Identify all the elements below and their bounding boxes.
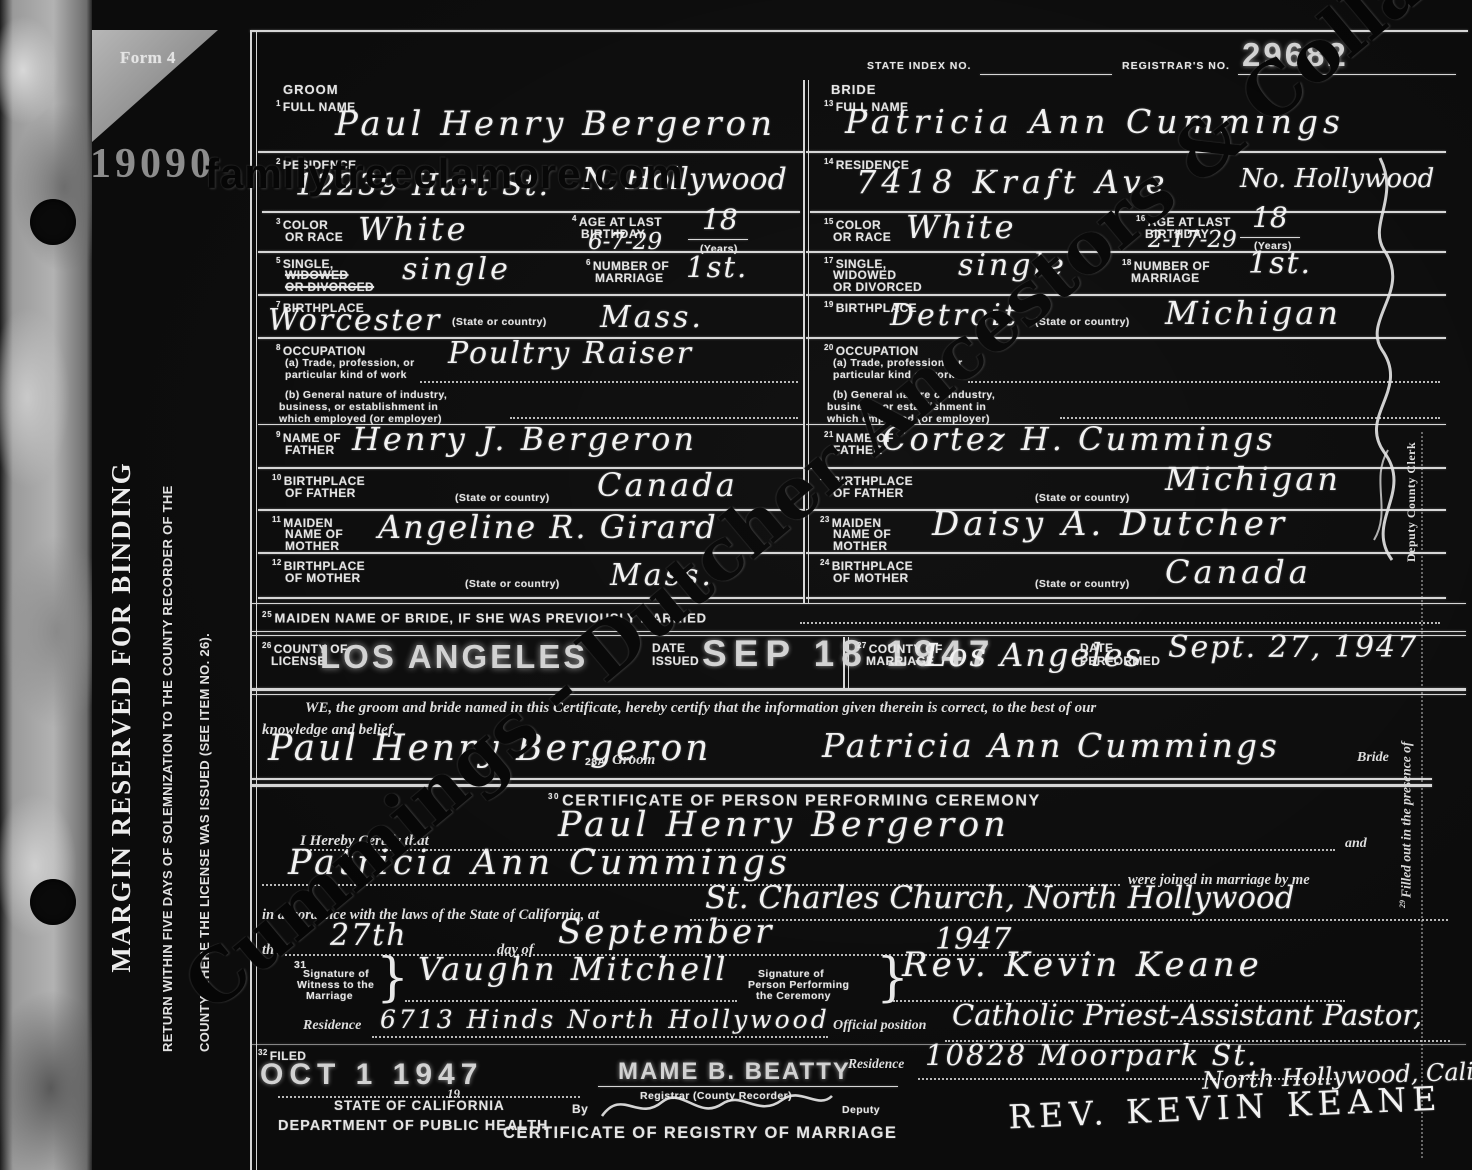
file-number-stamp: 19090 (90, 140, 215, 188)
form-number: Form 4 (120, 48, 176, 68)
ceremony-groom-name: Paul Henry Bergeron (558, 805, 1010, 845)
rule (258, 294, 803, 296)
dotted-rule (690, 919, 1448, 921)
groom-occupation-label: 8OCCUPATION (276, 343, 366, 358)
performer-label3: the Ceremony (756, 990, 831, 1002)
rule (806, 294, 1446, 296)
rule (806, 552, 1446, 554)
groom-occupation-b2: business, or establishment in (279, 401, 438, 413)
bride-section-header: BRIDE (831, 82, 876, 97)
rule (252, 1044, 1466, 1045)
dotted-rule (800, 622, 1440, 624)
marriage-date-value: Sept. 27, 1947 (1168, 630, 1418, 665)
witness-label3: Marriage (306, 990, 353, 1002)
margin-return-text-1: RETURN WITHIN FIVE DAYS OF SOLEMNIZATION… (160, 180, 175, 1052)
groom-color-label2: OR RACE (285, 230, 343, 244)
rule (688, 239, 748, 240)
rule (252, 688, 1466, 691)
registrar-residence-label: Residence (848, 1056, 904, 1072)
rule (252, 694, 1466, 695)
ceremony-month-value: September (558, 912, 774, 952)
dotted-rule (372, 1036, 828, 1038)
bride-age-value: 18 (1252, 201, 1288, 234)
bride-mother-label3: MOTHER (833, 539, 887, 553)
bride-color-value: White (906, 208, 1017, 246)
bride-mother-bp-value: Canada (1165, 553, 1312, 591)
groom-signature-tag: Groom (612, 752, 655, 769)
groom-father-label2: FATHER (285, 443, 335, 457)
rule (1240, 237, 1300, 238)
certify-line1: WE, the groom and bride named in this Ce… (305, 700, 1096, 717)
witness-residence-value: 6713 Hinds North Hollywood (380, 1005, 830, 1034)
groom-occupation-value: Poultry Raiser (448, 336, 693, 371)
rule (252, 603, 1466, 604)
bride-birthplace-state-value: Michigan (1165, 294, 1341, 332)
bride-marriage-no-label2: MARRIAGE (1131, 271, 1200, 285)
rule (806, 597, 1446, 599)
groom-signature-tag-num: 28A (585, 756, 605, 768)
dotted-rule (510, 417, 798, 419)
groom-father-bp-value: Canada (597, 466, 738, 504)
state-index-label: STATE INDEX NO. (867, 60, 971, 72)
dotted-rule (420, 381, 798, 383)
performer-position-value: Catholic Priest-Assistant Pastor, (952, 998, 1422, 1032)
punch-hole-top (30, 199, 76, 245)
registrar-deputy-label: Deputy (842, 1104, 880, 1116)
groom-mother-bp-label2: OF MOTHER (285, 571, 361, 585)
groom-marriage-no-label2: MARRIAGE (595, 271, 664, 285)
certificate-scan: Form 4 19090 MARGIN RESERVED FOR BINDING… (0, 0, 1472, 1170)
marriage-date-label2: PERFORMED (1080, 654, 1160, 668)
performer-position-label: Official position (833, 1018, 926, 1034)
deputy-signature (594, 1080, 839, 1126)
groom-mother-bp-state-label: (State or country) (465, 578, 560, 590)
groom-marriage-no-value: 1st. (686, 250, 748, 284)
groom-father-bp-label2: OF FATHER (285, 486, 356, 500)
deputy-county-clerk-label: Deputy County Clerk (1404, 262, 1419, 562)
torn-corner (92, 30, 218, 142)
bride-father-bp-value: Michigan (1165, 460, 1341, 498)
rule (806, 337, 1446, 339)
footer-state-line1: STATE OF CALIFORNIA (334, 1098, 505, 1113)
witness-value: Vaughn Mitchell (418, 950, 729, 988)
marriage-date-label: DATE (1080, 641, 1113, 655)
bride-marriage-no-value: 1st. (1248, 246, 1312, 281)
margin-binding-text: MARGIN RESERVED FOR BINDING (106, 356, 137, 1078)
binding-edge-texture (0, 0, 92, 1170)
groom-full-name-value: Paul Henry Bergeron (335, 104, 776, 144)
rule (806, 467, 1446, 469)
witness-brace: } (376, 952, 409, 1004)
rule (806, 151, 1446, 153)
bride-color-label2: OR RACE (833, 230, 891, 244)
bride-divorced-label: OR DIVORCED (833, 280, 922, 294)
bride-mother-bp-state-label: (State or country) (1035, 578, 1130, 590)
officiant-printed-name: REV. KEVIN KEANE (1007, 1079, 1443, 1137)
registrar-by-label: By (572, 1102, 588, 1116)
bride-signature: Patricia Ann Cummings (822, 726, 1280, 765)
groom-birthdate-value: 6-7-29 (588, 229, 662, 255)
groom-father-value: Henry J. Bergeron (352, 420, 697, 458)
presence-label: 29Filled out in the presence of (1398, 648, 1415, 908)
footer-registry-title: CERTIFICATE OF REGISTRY OF MARRIAGE (503, 1124, 897, 1143)
groom-birthplace-state-label: (State or country) (452, 316, 547, 328)
groom-birthplace-value: Worcester (268, 303, 441, 338)
groom-occupation-b1: (b) General nature of industry, (285, 389, 447, 401)
witness-residence-label: Residence (303, 1018, 361, 1034)
bride-father-bp-state-label: (State or country) (1035, 492, 1130, 504)
groom-mother-value: Angeline R. Girard (378, 508, 718, 546)
license-county-label2: LICENSE (271, 654, 326, 668)
bride-father-value: Cortez H. Cummings (882, 420, 1276, 458)
groom-age-value: 18 (702, 203, 738, 236)
groom-color-value: White (358, 210, 469, 248)
dotted-rule (405, 1000, 737, 1002)
site-watermark: familytreeclamore.com (205, 150, 684, 198)
groom-occupation-a1: (a) Trade, profession, or (285, 357, 415, 369)
bride-signature-tag: Bride (1357, 750, 1389, 766)
groom-section-header: GROOM (283, 82, 339, 97)
groom-single-value: single (402, 252, 511, 287)
ceremony-place-value: St. Charles Church, North Hollywood (705, 880, 1295, 916)
groom-divorced-label: OR DIVORCED (285, 280, 374, 294)
state-index-rule (980, 74, 1112, 75)
groom-occupation-a2: particular kind of work (285, 369, 407, 381)
ceremony-and-label: and (1345, 836, 1367, 852)
bride-mother-value: Daisy A. Dutcher (932, 504, 1288, 544)
performer-value: Rev. Kevin Keane (902, 945, 1263, 985)
groom-father-bp-state-label: (State or country) (455, 492, 550, 504)
groom-birthplace-state-value: Mass. (600, 300, 704, 335)
punch-hole-bottom (30, 879, 76, 925)
registrars-no-label: REGISTRAR'S NO. (1122, 60, 1230, 72)
groom-mother-label3: MOTHER (285, 539, 339, 553)
bride-mother-bp-label2: OF MOTHER (833, 571, 909, 585)
